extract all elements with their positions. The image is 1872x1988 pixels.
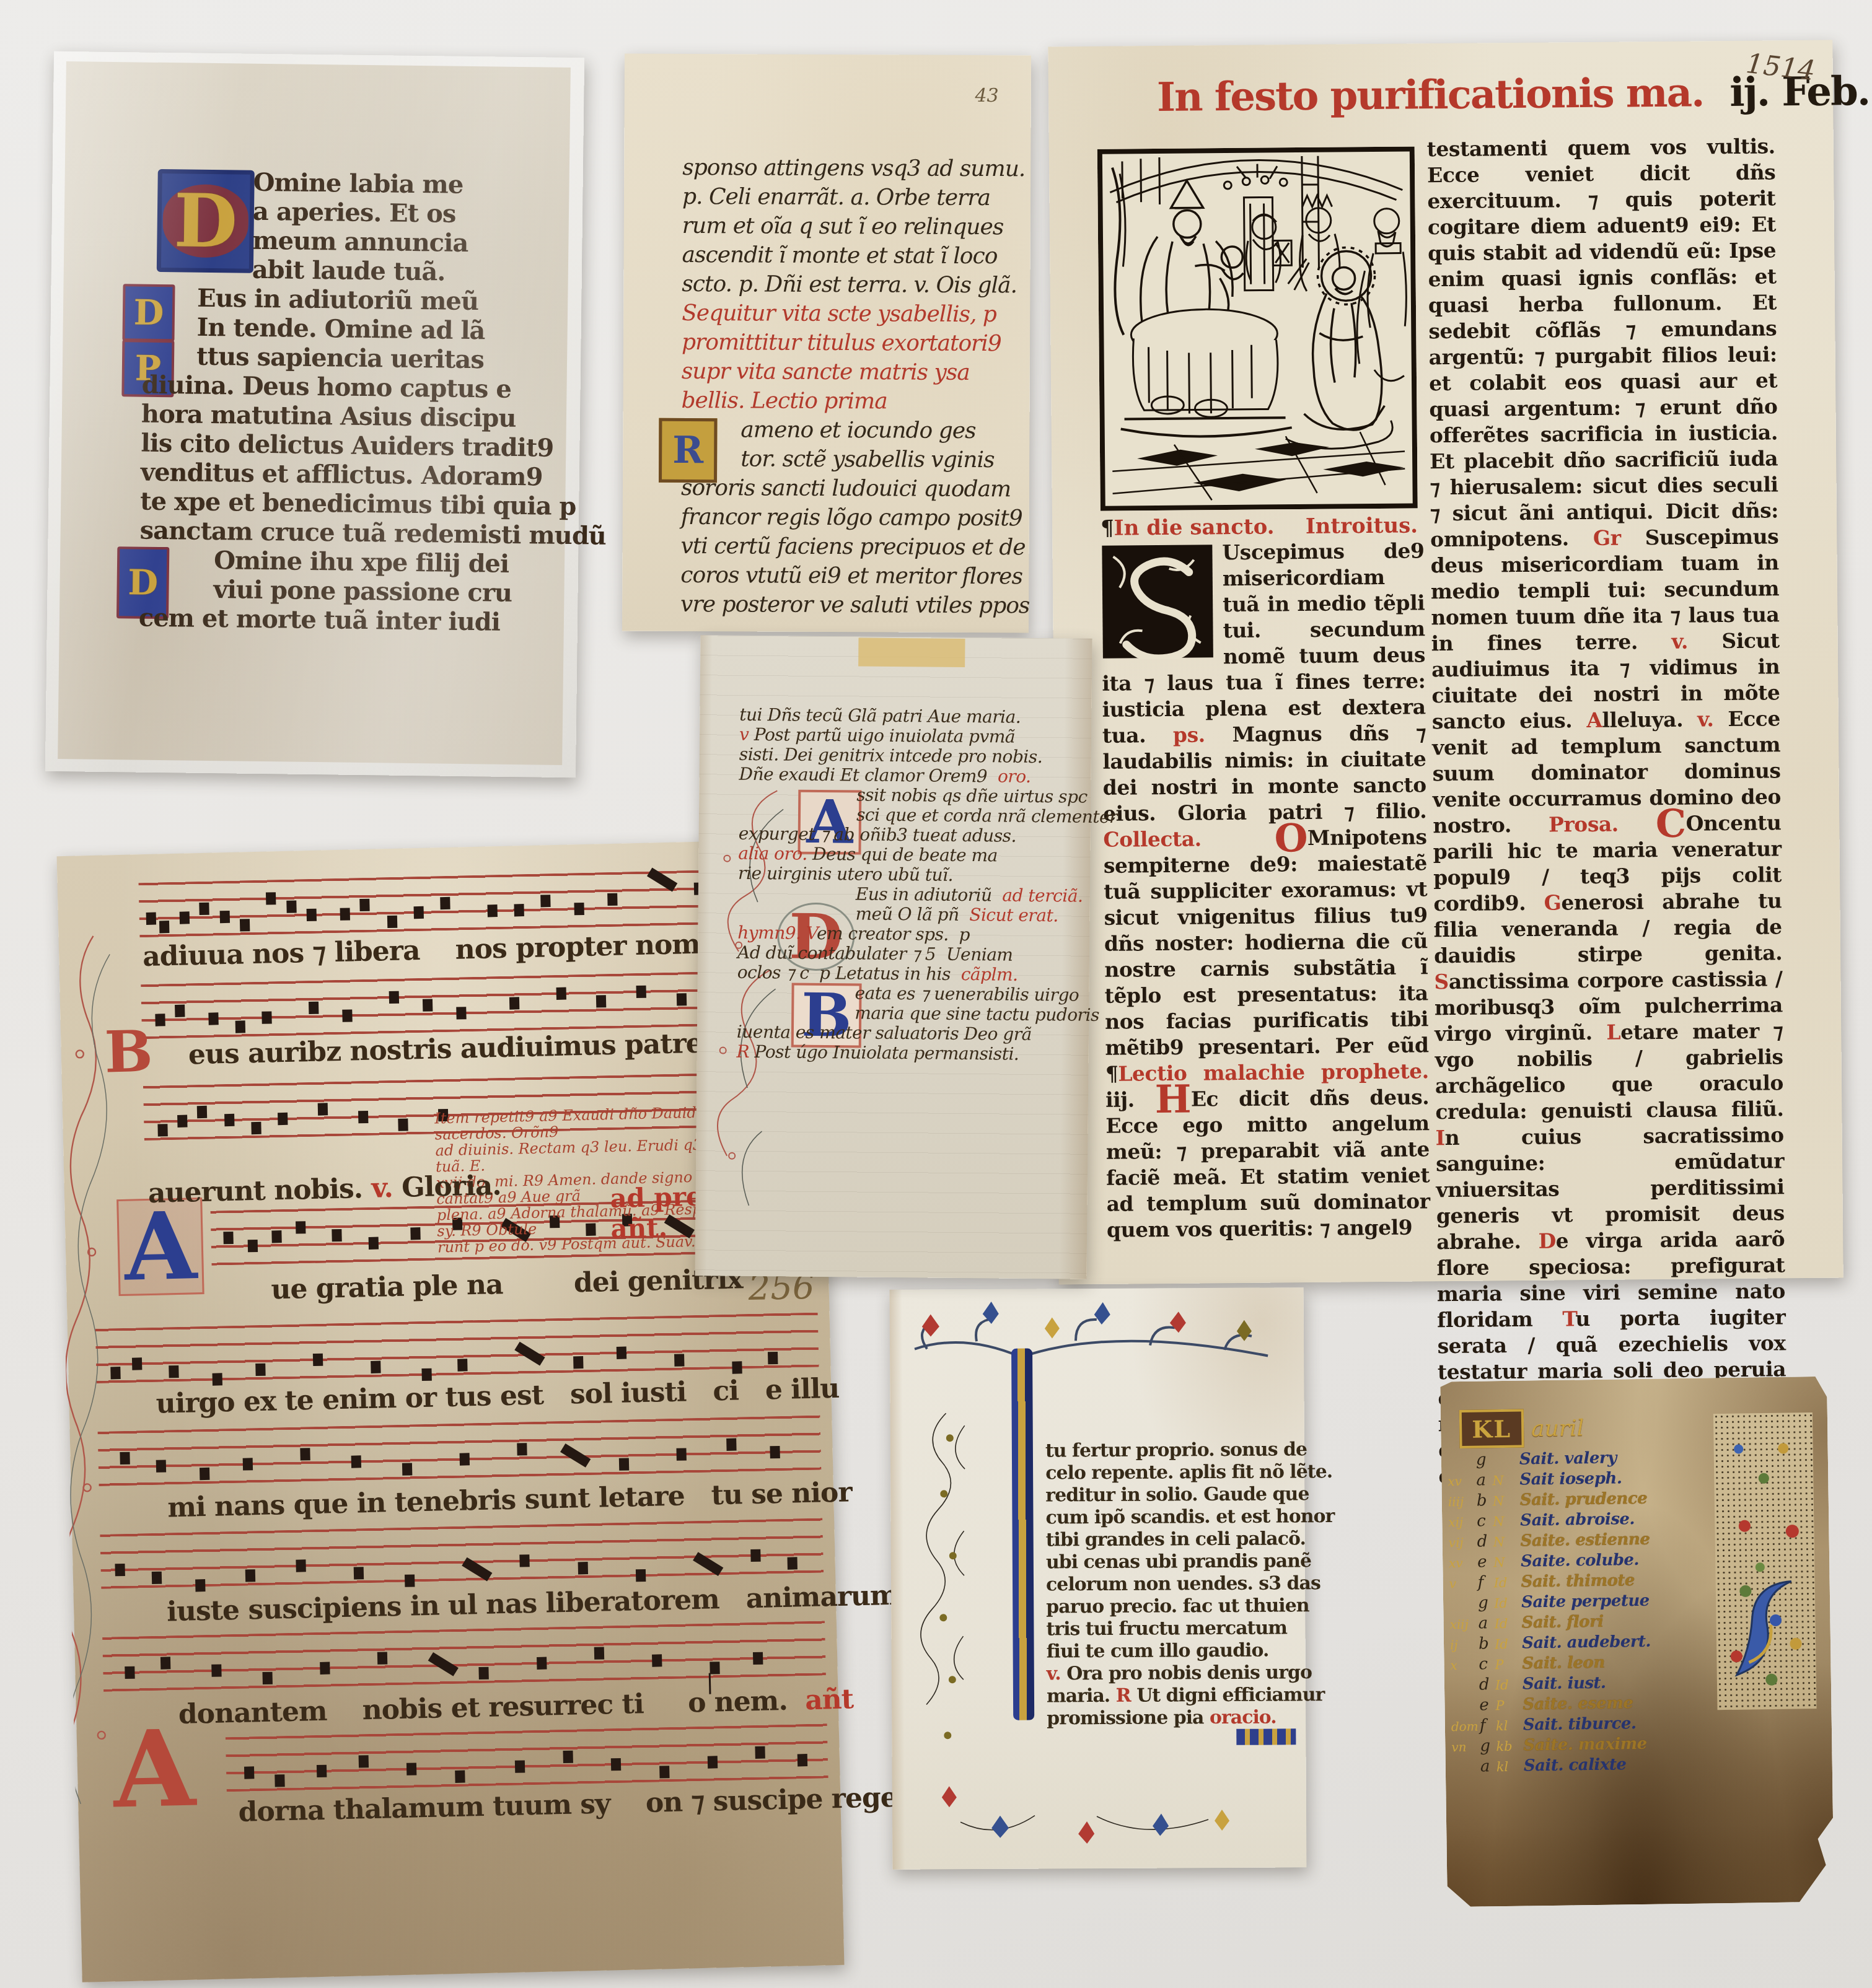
- saint-name: Sait. thimote: [1521, 1571, 1635, 1592]
- square-neume: [313, 1354, 323, 1366]
- square-neume: [157, 1124, 167, 1136]
- square-neume: [320, 1662, 330, 1675]
- golden-numeral: v: [1449, 1576, 1477, 1592]
- saint-name: Sait. valery: [1519, 1448, 1617, 1468]
- text-line: Dñe exaudi Et clamor Orem9 oro.: [739, 764, 1073, 787]
- saint-name: Sait. prudence: [1520, 1489, 1648, 1510]
- text-line: In tende. Omine ad lã: [142, 312, 564, 346]
- square-neume: [156, 1460, 166, 1472]
- square-neume: [371, 1361, 380, 1373]
- text-line: maria. R Ut digni efficiamur: [1047, 1684, 1292, 1707]
- pilcrow-icon: ¶: [1101, 516, 1114, 541]
- square-neume: [377, 1652, 387, 1664]
- square-neume: [317, 1765, 327, 1777]
- text-line: celorum non uendes. s3 das: [1046, 1572, 1291, 1596]
- text-line: vre posteror ve saluti vtiles ppos: [680, 590, 1003, 620]
- text-line: bellis. Lectio prima: [681, 386, 1003, 416]
- saint-name: Saite. estienne: [1521, 1530, 1650, 1551]
- dominical-letter: e: [1477, 1552, 1493, 1571]
- text-line: ubi cenas ubi prandis panẽ: [1046, 1550, 1291, 1574]
- golden-numeral: [1452, 1772, 1480, 1772]
- square-neume: [540, 895, 550, 907]
- text-line: paruo precio. fac ut thuien: [1046, 1595, 1291, 1618]
- dominical-letter: b: [1479, 1634, 1495, 1653]
- square-neume: [402, 1463, 412, 1475]
- calendar-entry: aklSait. calixte: [1452, 1754, 1718, 1778]
- dominical-letter: c: [1477, 1512, 1493, 1530]
- text-segment: D: [1538, 1228, 1555, 1253]
- calendar-entries: gSait. valery xvaNSait ioseph. iiijbNSai…: [1448, 1447, 1718, 1778]
- square-neume: [211, 1664, 221, 1676]
- text-line: rum et oĩa q sut ĩ eo relinques: [682, 211, 1004, 242]
- golden-numeral: [1449, 1608, 1478, 1609]
- square-neume: [146, 913, 156, 925]
- text-line: coros vtutũ ei9 et meritor flores: [680, 561, 1003, 591]
- square-neume: [423, 999, 433, 1011]
- calendar-leaf-april: KL auril gSait. valery xvaNSait ioseph. …: [1440, 1377, 1834, 1907]
- text-line: tu fertur proprio. sonus de: [1045, 1438, 1291, 1462]
- chant-text-line: donantem nobis et resurrec ti o nem. añt: [178, 1683, 853, 1730]
- saint-name: Saite. maxime: [1523, 1735, 1647, 1755]
- text-segment: v.: [1671, 629, 1721, 654]
- saint-name: Sait. tiburce.: [1523, 1714, 1637, 1735]
- cursive-text-block: tui Dñs tecũ Glã patri Aue maria. v Post…: [737, 705, 1074, 1065]
- text-line: francor regis lõgo campo posit9: [681, 502, 1003, 533]
- text-line: v. Ora pro nobis denis urgo: [1047, 1662, 1292, 1685]
- golden-numeral: ij: [1450, 1637, 1479, 1653]
- roman-date-abbrev: kl: [1496, 1719, 1523, 1734]
- golden-numeral: vn: [1451, 1740, 1480, 1755]
- isabelle-vita-leaf: 43 R sponso attingens vsq3 ad sumu. p. C…: [622, 54, 1031, 633]
- square-neume: [405, 1574, 415, 1587]
- roman-date-abbrev: N: [1493, 1494, 1520, 1509]
- square-neume: [607, 893, 617, 906]
- dominical-letter: f: [1477, 1573, 1493, 1592]
- square-neume: [342, 1009, 352, 1022]
- square-neume: [677, 993, 687, 1005]
- golden-numeral: dom: [1451, 1719, 1480, 1735]
- text-line: p. Celi enarrãt. a. Orbe terra: [682, 182, 1004, 212]
- blue-initial-a: A: [116, 1198, 204, 1296]
- square-neume: [296, 1221, 305, 1233]
- text-segment: ps.: [1173, 722, 1233, 747]
- square-neume: [616, 1347, 626, 1359]
- golden-numeral: [1451, 1710, 1480, 1711]
- square-neume: [770, 1446, 780, 1458]
- square-neume: [120, 1452, 130, 1465]
- square-neume: [636, 986, 646, 998]
- folio-number: 43: [975, 85, 998, 107]
- square-neume: [160, 1657, 170, 1669]
- text-line: cum ipõ scandis. et est honor: [1045, 1505, 1291, 1529]
- square-neume: [243, 1458, 253, 1470]
- printed-missal-leaf: In festo purificationis ma.ij. Feb. 1514: [1048, 40, 1843, 1285]
- text-line: te xpe et benedicimus tibi quia p: [140, 487, 562, 521]
- square-neume: [296, 1559, 305, 1572]
- square-neume: [255, 1364, 265, 1376]
- square-neume: [659, 1766, 669, 1778]
- text-line: ameno et iocundo ges: [681, 415, 1003, 445]
- text-segment: ¶: [1105, 1062, 1118, 1086]
- text-line: vti certũ faciens precipuos et de: [680, 532, 1003, 562]
- square-neume: [652, 1654, 662, 1666]
- tape-residue: [858, 637, 965, 667]
- text-line: tor. sctẽ ysabellis vginis: [681, 444, 1003, 475]
- presentation-in-temple-woodcut: [1097, 146, 1418, 510]
- saint-name: Sait. flori: [1521, 1613, 1603, 1632]
- square-neume: [596, 995, 606, 1007]
- square-neume: [351, 1455, 361, 1468]
- golden-numeral: [1451, 1690, 1479, 1691]
- roman-date-abbrev: Id: [1495, 1678, 1523, 1693]
- text-segment: S: [1434, 970, 1449, 994]
- square-neume: [309, 1002, 319, 1014]
- square-neume: [455, 1771, 465, 1783]
- music-stave: [226, 1723, 828, 1792]
- square-neume: [235, 1020, 245, 1033]
- text-segment: testamenti quem vos vultis. Ecce veniet …: [1427, 134, 1778, 551]
- square-neume: [244, 1766, 254, 1779]
- square-neume: [115, 1564, 125, 1576]
- square-neume: [410, 1227, 420, 1240]
- text-line: promissione pia oracio.: [1047, 1706, 1292, 1730]
- text-line: venditus et afflictus. Adoram9: [141, 458, 563, 492]
- gothic-text-block: tu fertur proprio. sonus de celo repente…: [1045, 1438, 1292, 1730]
- woodcut-caption: ¶In die sancto. Introitus.: [1101, 513, 1418, 540]
- square-neume: [251, 1122, 261, 1134]
- text-line: eata es ⁊ uenerabilis uirgo: [737, 983, 1071, 1005]
- square-neume: [200, 1468, 209, 1480]
- square-neume: [354, 1567, 364, 1579]
- text-segment: G: [1544, 890, 1562, 914]
- text-line: tibi grandes in celi palacõ.: [1046, 1528, 1291, 1551]
- text-line: Eus in adiutoriũ ad terciã.: [738, 883, 1073, 906]
- saint-name: Saite. colube.: [1521, 1551, 1639, 1571]
- square-neume: [578, 1562, 587, 1574]
- golden-numeral: [1448, 1465, 1476, 1466]
- square-neume: [301, 1448, 310, 1460]
- square-neume: [175, 1005, 185, 1017]
- golden-numeral: iiij: [1448, 1494, 1477, 1510]
- text-line: sanctam cruce tuã redemisti mudũ: [139, 516, 561, 550]
- square-neume: [611, 1758, 621, 1771]
- square-neume: [563, 1751, 573, 1763]
- saint-name: Sait. abroise.: [1520, 1510, 1635, 1530]
- right-text-column: testamenti quem vos vultis. Ecce veniet …: [1427, 133, 1787, 1489]
- text-line: celo repente. aplis fit nõ lẽte.: [1045, 1461, 1291, 1484]
- roman-date-abbrev: N: [1493, 1535, 1521, 1550]
- square-neume: [460, 1453, 470, 1465]
- dominical-letter: a: [1478, 1614, 1494, 1632]
- text-line: diuina. Deus homo captus e: [141, 370, 563, 405]
- text-segment: A: [1586, 708, 1602, 732]
- golden-numeral: xv: [1449, 1556, 1477, 1571]
- text-segment: Prosa.: [1549, 812, 1656, 837]
- square-neume: [509, 997, 519, 1009]
- saint-name: Sait. iust.: [1523, 1674, 1606, 1694]
- roman-date-abbrev: Id: [1495, 1637, 1522, 1652]
- roman-date-abbrev: [1492, 1465, 1519, 1465]
- text-segment: lleluya.: [1602, 707, 1697, 732]
- square-neume: [340, 908, 350, 920]
- square-neume: [111, 1367, 121, 1379]
- square-neume: [751, 1549, 761, 1562]
- square-neume: [674, 1354, 684, 1366]
- music-stave: [102, 1621, 826, 1691]
- text-segment: T: [1562, 1307, 1575, 1331]
- music-stave: [100, 1518, 824, 1588]
- roman-date-abbrev: N: [1493, 1514, 1520, 1530]
- square-neume: [177, 1115, 187, 1128]
- text-line: oclos ⁊ c p Letatus in his cãplm.: [737, 963, 1072, 986]
- square-neume: [520, 1554, 530, 1567]
- square-neume: [708, 1756, 718, 1768]
- dominical-letter: g: [1480, 1736, 1496, 1755]
- woodcut-initial-s: [1101, 543, 1215, 660]
- square-neume: [753, 1652, 763, 1665]
- square-neume: [224, 1114, 234, 1126]
- saint-name: Sait. leon: [1522, 1653, 1605, 1673]
- square-neume: [199, 903, 209, 915]
- hours-leaf-in-plastic-sleeve: D D P D Omine labia me a aperies. Et os …: [45, 51, 584, 777]
- golden-numeral: x: [1450, 1658, 1479, 1673]
- saint-name: Sait. audebert.: [1522, 1632, 1651, 1653]
- text-segment: Collecta.: [1103, 826, 1274, 851]
- square-neume: [440, 897, 450, 909]
- square-neume: [275, 1774, 284, 1787]
- text-line: viui pone passione cru: [139, 574, 561, 608]
- text-line: Eus in adiutoriũ meũ: [143, 283, 565, 317]
- square-neume: [159, 921, 169, 933]
- square-neume: [197, 1106, 207, 1118]
- left-text-column: Uscepimus de9 misericordiam tuã in medio…: [1101, 538, 1430, 1243]
- golden-numeral: xij: [1448, 1515, 1477, 1530]
- square-neume: [573, 1356, 583, 1368]
- square-neume: [456, 1007, 466, 1019]
- square-neume: [278, 1113, 288, 1125]
- chant-text-line: uirgo ex te enim or tus est sol iusti ci…: [156, 1373, 840, 1420]
- chant-text-line: mi nans que in tenebris sunt letare tu s…: [167, 1476, 852, 1523]
- text-line: scto. p. Dñi est terra. v. Ois glã.: [682, 269, 1004, 300]
- dominical-letter: a: [1476, 1471, 1492, 1489]
- square-neume: [479, 1667, 489, 1679]
- dominical-letter: d: [1479, 1675, 1495, 1694]
- dominical-letter: d: [1477, 1532, 1493, 1551]
- square-neume: [271, 1230, 281, 1243]
- text-segment: L: [1606, 1020, 1620, 1044]
- gothic-text-block: Omine labia me a aperies. Et os meum ann…: [139, 167, 566, 637]
- text-line: reditur in solio. Gaude que: [1045, 1483, 1291, 1507]
- square-neume: [266, 892, 276, 904]
- square-neume: [487, 904, 497, 917]
- text-line: Sequitur vita scte ysabellis, p: [682, 299, 1004, 329]
- square-neume: [387, 916, 397, 928]
- square-neume: [636, 1569, 646, 1582]
- text-line: ttus sapiencia ueritas: [142, 341, 564, 375]
- square-neume: [710, 1662, 720, 1674]
- square-neume: [787, 1557, 797, 1569]
- text-line: Omine labia me: [144, 167, 566, 201]
- text-line: cem et morte tuã inter iudi: [139, 603, 561, 637]
- saint-name: Saite perpetue: [1521, 1592, 1650, 1612]
- text-line: sororis sancti ludouici quodam: [681, 473, 1003, 504]
- square-neume: [514, 904, 524, 916]
- dominical-letter: b: [1477, 1491, 1493, 1510]
- roman-date-abbrev: Id: [1494, 1616, 1521, 1632]
- chant-text-line: ue gratia ple na dei genitrix: [271, 1263, 743, 1305]
- text-line: Omine ihu xpe filij dei: [139, 545, 561, 579]
- text-segment: v.: [1697, 707, 1728, 731]
- roman-date-abbrev: N: [1492, 1473, 1519, 1489]
- square-neume: [517, 1443, 527, 1455]
- dominical-letter: c: [1479, 1655, 1495, 1673]
- text-line: rie uirginis utero ubũ tuĩ.: [738, 864, 1073, 887]
- square-neume: [125, 1666, 134, 1679]
- saint-name: Saite. eseme: [1523, 1694, 1633, 1714]
- text-line: abit laude tuã.: [143, 254, 565, 288]
- text-segment: I: [1436, 1126, 1445, 1150]
- dominical-letter: f: [1480, 1716, 1496, 1735]
- text-line: ssit nobis qs dñe uirtus spc: [739, 784, 1073, 807]
- square-neume: [212, 1373, 222, 1385]
- square-neume: [727, 1438, 737, 1451]
- square-neume: [219, 911, 229, 923]
- roman-date-abbrev: N: [1493, 1555, 1521, 1570]
- text-line: ascendit ĩ monte et stat ĩ loco: [682, 240, 1004, 271]
- text-segment: Mnipotens sempiterne de9: maiestatẽ tuã …: [1104, 825, 1429, 1060]
- square-neume: [223, 1232, 233, 1244]
- square-neume: [406, 1762, 416, 1775]
- square-neume: [262, 1011, 272, 1023]
- square-neume: [368, 1237, 378, 1250]
- square-neume: [195, 1579, 205, 1592]
- dominical-letter: e: [1479, 1696, 1495, 1714]
- dominical-letter: g: [1478, 1593, 1494, 1612]
- square-neume: [151, 1572, 161, 1584]
- text-line: promittitur titulus exortatori9: [682, 328, 1004, 358]
- square-neume: [732, 1361, 742, 1373]
- square-neume: [286, 900, 296, 913]
- hours-leaf-with-vine-border: tu fertur proprio. sonus de celo repente…: [890, 1287, 1307, 1869]
- square-neume: [169, 1365, 178, 1378]
- square-neume: [537, 1657, 547, 1670]
- roman-date-abbrev: kb: [1496, 1739, 1523, 1754]
- text-line: lis cito delictus Auiders tradit9: [141, 429, 563, 463]
- square-neume: [179, 911, 189, 924]
- square-neume: [360, 899, 370, 911]
- square-neume: [798, 1754, 807, 1766]
- square-neume: [132, 1357, 142, 1370]
- text-line: R Post úgo Inuiolata permansisti.: [737, 1042, 1071, 1065]
- music-stave: [95, 1313, 819, 1383]
- dominical-letter: a: [1480, 1757, 1496, 1776]
- square-neume: [398, 1118, 408, 1131]
- golden-numeral: xv: [1448, 1474, 1476, 1489]
- golden-numeral: xiij: [1449, 1617, 1478, 1632]
- blue-acanthus-flourish: [1723, 1562, 1811, 1688]
- square-neume: [515, 1760, 525, 1772]
- square-neume: [317, 1103, 327, 1115]
- square-neume: [389, 991, 398, 1004]
- text-line: a aperies. Et os: [144, 196, 566, 230]
- bar-initial-i: [1011, 1349, 1034, 1720]
- text-line: hora matutina Asius discipu: [141, 400, 563, 434]
- square-neume: [574, 903, 584, 915]
- roman-date-abbrev: kl: [1496, 1759, 1524, 1775]
- square-neume: [245, 1569, 255, 1582]
- square-neume: [556, 987, 566, 1000]
- square-neume: [618, 1458, 628, 1471]
- dominical-letter: g: [1476, 1450, 1492, 1469]
- heading-red: In festo purificationis ma.: [1157, 69, 1704, 121]
- square-neume: [358, 1755, 368, 1767]
- square-neume: [457, 1359, 467, 1371]
- square-neume: [240, 919, 250, 931]
- square-neume: [307, 909, 317, 921]
- text-line: meum annuncia: [143, 225, 565, 259]
- square-neume: [421, 1368, 431, 1381]
- text-segment: iij.: [1105, 1087, 1155, 1112]
- square-neume: [208, 1012, 218, 1025]
- square-neume: [413, 906, 423, 919]
- square-neume: [676, 1448, 686, 1460]
- roman-date-abbrev: Id: [1493, 1575, 1521, 1591]
- square-neume: [755, 1746, 765, 1759]
- small-hours-leaf: A D B tui Dñs tecũ Glã patri Aue maria. …: [695, 635, 1092, 1279]
- vellum-page: D D P D Omine labia me a aperies. Et os …: [58, 61, 571, 765]
- kl-monogram-panel: KL: [1459, 1409, 1524, 1448]
- square-neume: [358, 1111, 368, 1123]
- saint-name: Sait. calixte: [1524, 1755, 1627, 1775]
- cursive-text-block: sponso attingens vsq3 ad sumu. p. Celi e…: [680, 153, 1004, 620]
- square-neume: [155, 1014, 165, 1026]
- square-neume: [332, 1229, 341, 1241]
- text-line: tris tui fructu mercatum: [1046, 1617, 1291, 1640]
- photo-of-seven-manuscript-leaves: D D P D Omine labia me a aperies. Et os …: [0, 0, 1872, 1988]
- text-segment: Gr: [1593, 525, 1645, 550]
- square-neume: [768, 1352, 778, 1364]
- line-filler-bar: [1236, 1728, 1296, 1745]
- text-line: fiui te cum illo gaudio.: [1047, 1639, 1292, 1663]
- red-initial-a: A: [112, 1716, 196, 1823]
- square-neume: [247, 1240, 257, 1252]
- roman-date-abbrev: P: [1495, 1698, 1523, 1714]
- text-line: sponso attingens vsq3 ad sumu.: [682, 153, 1004, 183]
- text-line: supr vita sancte matris ysa: [682, 357, 1004, 387]
- saint-name: Sait ioseph.: [1519, 1469, 1622, 1489]
- roman-date-abbrev: P: [1495, 1657, 1522, 1673]
- square-neume: [262, 1672, 272, 1684]
- square-neume: [594, 1647, 604, 1659]
- golden-numeral: vij: [1449, 1535, 1477, 1551]
- month-label: auril: [1531, 1416, 1584, 1442]
- roman-date-abbrev: Id: [1494, 1596, 1521, 1611]
- red-initial-b: B: [104, 1023, 154, 1081]
